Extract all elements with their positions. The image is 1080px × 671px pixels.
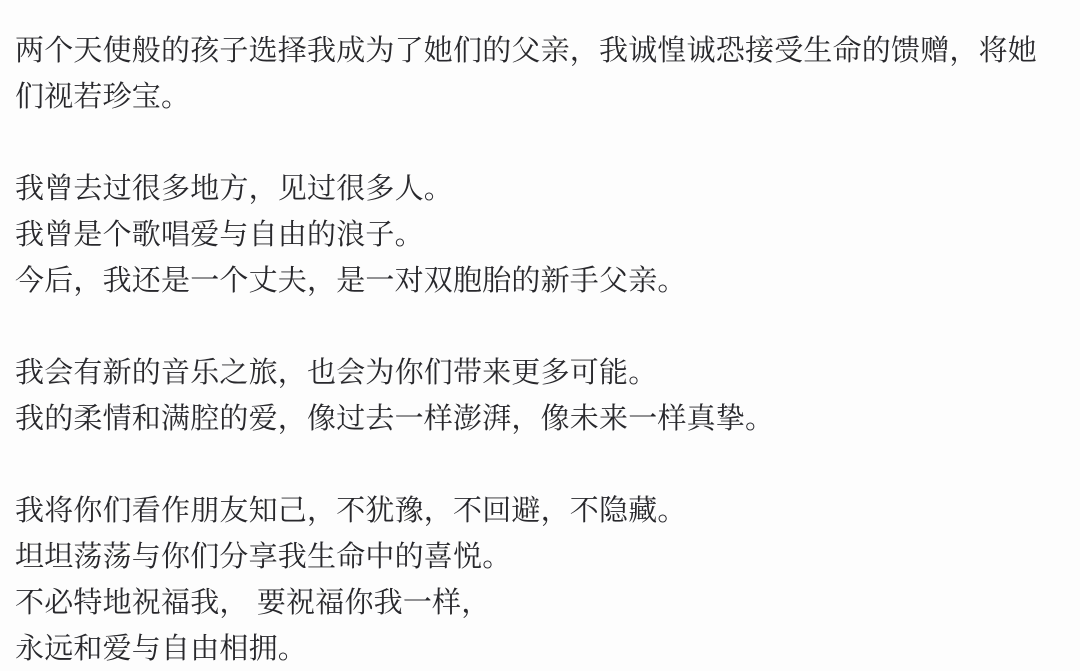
text-line: 我曾是个歌唱爱与自由的浪子。 bbox=[15, 212, 1066, 258]
text-line: 坦坦荡荡与你们分享我生命中的喜悦。 bbox=[15, 534, 1066, 580]
paragraph-past: 我曾去过很多地方，见过很多人。 我曾是个歌唱爱与自由的浪子。 今后，我还是一个丈… bbox=[15, 166, 1066, 304]
text-line: 不必特地祝福我， 要祝福你我一样， bbox=[15, 580, 1066, 626]
paragraph-future: 我会有新的音乐之旅，也会为你们带来更多可能。 我的柔情和满腔的爱，像过去一样澎湃… bbox=[15, 350, 1066, 442]
text-line: 永远和爱与自由相拥。 bbox=[15, 626, 1066, 671]
text-line: 我将你们看作朋友知己，不犹豫，不回避，不隐藏。 bbox=[15, 488, 1066, 534]
text-line: 们视若珍宝。 bbox=[15, 74, 1066, 120]
text-page: 两个天使般的孩子选择我成为了她们的父亲，我诚惶诚恐接受生命的馈赠，将她 们视若珍… bbox=[0, 0, 1080, 671]
paragraph-intro: 两个天使般的孩子选择我成为了她们的父亲，我诚惶诚恐接受生命的馈赠，将她 们视若珍… bbox=[15, 28, 1066, 120]
text-line: 两个天使般的孩子选择我成为了她们的父亲，我诚惶诚恐接受生命的馈赠，将她 bbox=[15, 28, 1066, 74]
text-line: 今后，我还是一个丈夫，是一对双胞胎的新手父亲。 bbox=[15, 258, 1066, 304]
text-line: 我会有新的音乐之旅，也会为你们带来更多可能。 bbox=[15, 350, 1066, 396]
paragraph-closing: 我将你们看作朋友知己，不犹豫，不回避，不隐藏。 坦坦荡荡与你们分享我生命中的喜悦… bbox=[15, 488, 1066, 671]
text-line: 我曾去过很多地方，见过很多人。 bbox=[15, 166, 1066, 212]
text-line: 我的柔情和满腔的爱，像过去一样澎湃，像未来一样真挚。 bbox=[15, 396, 1066, 442]
